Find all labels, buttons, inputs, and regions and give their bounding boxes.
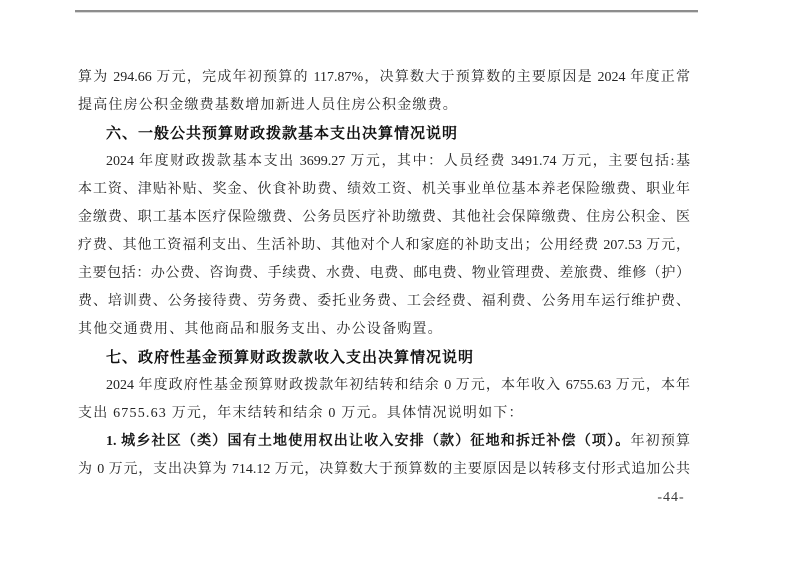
text-line: 2024 年度政府性基金预算财政拨款年初结转和结余 0 万元，本年收入 6755… <box>78 372 690 400</box>
document-body: 算为 294.66 万元，完成年初预算的 117.87%，决算数大于预算数的主要… <box>78 64 690 484</box>
text-line: 主要包括：办公费、咨询费、手续费、水费、电费、邮电费、物业管理费、差旅费、维修（… <box>78 260 690 288</box>
text-line: 费、培训费、公务接待费、劳务费、委托业务费、工会经费、福利费、公务用车运行维护费… <box>78 288 690 316</box>
section-heading-7: 七、政府性基金预算财政拨款收入支出决算情况说明 <box>78 344 690 372</box>
header-rule <box>75 10 698 13</box>
text-line: 提高住房公积金缴费基数增加新进人员住房公积金缴费。 <box>78 92 690 120</box>
text-line: 金缴费、职工基本医疗保险缴费、公务员医疗补助缴费、其他社会保障缴费、住房公积金、… <box>78 204 690 232</box>
page-number: -44- <box>646 490 696 506</box>
text-segment: 年初预算 <box>630 434 690 449</box>
text-line: 算为 294.66 万元，完成年初预算的 117.87%，决算数大于预算数的主要… <box>78 64 690 92</box>
text-line: 本工资、津贴补贴、奖金、伙食补助费、绩效工资、机关事业单位基本养老保险缴费、职业… <box>78 176 690 204</box>
text-line: 疗费、其他工资福利支出、生活补助、其他对个人和家庭的补助支出；公用经费 207.… <box>78 232 690 260</box>
document-page: 算为 294.66 万元，完成年初预算的 117.87%，决算数大于预算数的主要… <box>0 0 800 565</box>
section-heading-6: 六、一般公共预算财政拨款基本支出决算情况说明 <box>78 120 690 148</box>
text-line: 为 0 万元，支出决算为 714.12 万元，决算数大于预算数的主要原因是以转移… <box>78 456 690 484</box>
text-line: 其他交通费用、其他商品和服务支出、办公设备购置。 <box>78 316 690 344</box>
text-line: 1. 城乡社区（类）国有土地使用权出让收入安排（款）征地和拆迁补偿（项）。年初预… <box>78 428 690 456</box>
text-line: 支出 6755.63 万元，年末结转和结余 0 万元。具体情况说明如下： <box>78 400 690 428</box>
text-line: 2024 年度财政拨款基本支出 3699.27 万元，其中：人员经费 3491.… <box>78 148 690 176</box>
list-item-title: 1. 城乡社区（类）国有土地使用权出让收入安排（款）征地和拆迁补偿（项）。 <box>106 434 630 449</box>
